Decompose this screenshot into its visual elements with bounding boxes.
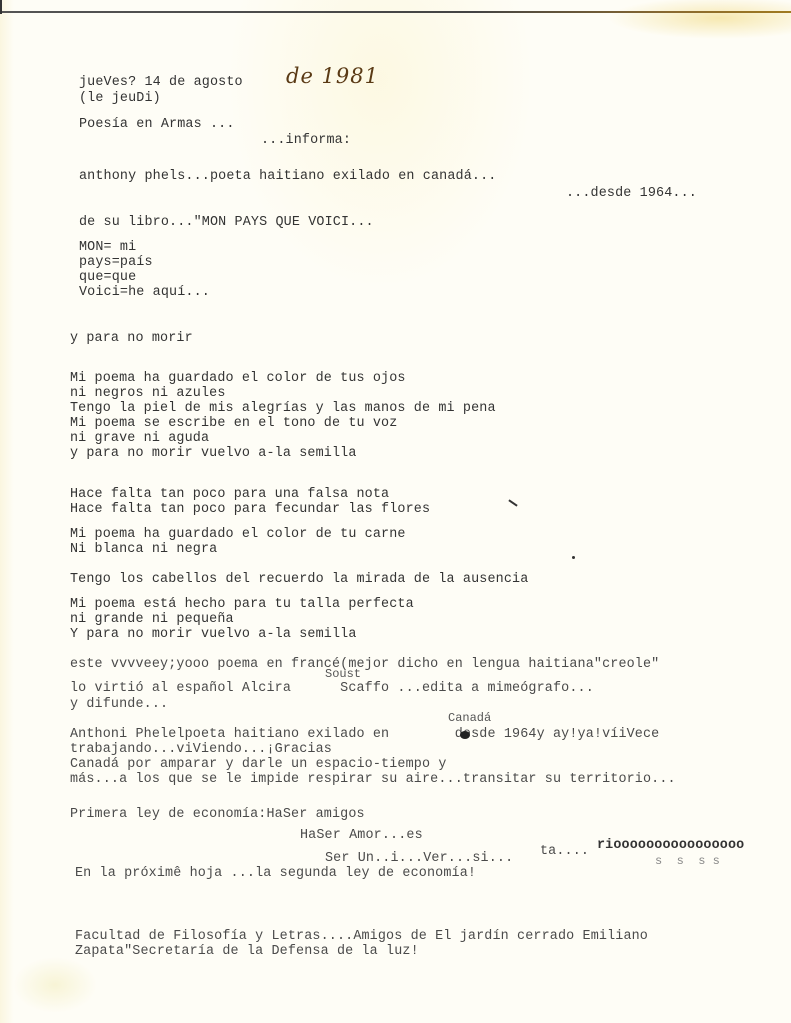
poem-line: ni grave ni aguda: [70, 431, 209, 446]
glossary-3: Voici=he aquí...: [79, 285, 210, 300]
poem-line: Mi poema se escribe en el tono de tu voz: [70, 416, 397, 431]
book-line: de su libro..."MON PAYS QUE VOICI...: [79, 215, 374, 230]
poem-line: ni negros ni azules: [70, 386, 226, 401]
page-top-edge: [0, 11, 791, 13]
haser-amor: HaSer Amor...es: [300, 828, 423, 843]
date-line: jueVes? 14 de agosto: [79, 75, 243, 90]
ink-speck: [572, 556, 575, 559]
first-law: Primera ley de economía:HaSer amigos: [70, 807, 365, 822]
author-line: anthony phels...poeta haitiano exilado e…: [79, 169, 496, 184]
subtitle: (le jeuDi): [79, 91, 161, 106]
poem-line: y para no morir vuelvo a-la semilla: [70, 446, 357, 461]
poem-line: Tengo los cabellos del recuerdo la mirad…: [70, 572, 528, 587]
sender: Poesía en Armas ...: [79, 117, 235, 132]
poem-line: ni grande ni pequeña: [70, 612, 234, 627]
rio-text: rioooooooooooooooo: [597, 838, 744, 853]
mas-line: más...a los que se le impide respirar su…: [70, 772, 676, 787]
handwritten-year: de 1981: [286, 64, 379, 88]
footer-line-2: Zapata"Secretaría de la Defensa de la lu…: [75, 944, 419, 959]
glossary-1: pays=país: [79, 255, 153, 270]
poem-line: Hace falta tan poco para fecundar las fl…: [70, 502, 430, 517]
informa: ...informa:: [261, 133, 351, 148]
page-left-edge: [0, 0, 2, 14]
poem-line: Hace falta tan poco para una falsa nota: [70, 487, 389, 502]
trabajando-line: trabajando...viViendo...¡Gracias: [70, 742, 332, 757]
poem-line: Tengo la piel de mis alegrías y las mano…: [70, 401, 496, 416]
canada-above: Canadá: [448, 711, 491, 725]
glossary-0: MON= mi: [79, 240, 136, 255]
difunde-line: y difunde...: [70, 697, 168, 712]
footer-line-1: Facultad de Filosofía y Letras....Amigos…: [75, 929, 648, 944]
next-page-line: En la próximê hoja ...la segunda ley de …: [75, 866, 476, 881]
since-line: ...desde 1964...: [566, 186, 697, 201]
canada-line: Canadá por amparar y darle un espacio-ti…: [70, 757, 447, 772]
overtyped-surname: Soust: [325, 667, 361, 681]
poem-line: Mi poema ha guardado el color de tus ojo…: [70, 371, 406, 386]
poem-line: Mi poema ha guardado el color de tu carn…: [70, 527, 406, 542]
poem-line: Ni blanca ni negra: [70, 542, 217, 557]
poem-line: Mi poema está hecho para tu talla perfec…: [70, 597, 414, 612]
ink-blot: [460, 731, 470, 739]
anthoni-line: Anthoni Phelelpoeta haitiano exilado en …: [70, 727, 659, 742]
translator-line: lo virtió al español Alcira Scaffo ...ed…: [70, 681, 594, 696]
translation-line: este vvvveey;yooo poema en francé(mejor …: [70, 657, 659, 672]
poem-title: y para no morir: [70, 331, 193, 346]
ser-uni: Ser Un..i...Ver...si...: [325, 851, 513, 866]
poem-line: Y para no morir vuelvo a-la semilla: [70, 627, 357, 642]
glossary-2: que=que: [79, 270, 136, 285]
s-marks: s s s s: [655, 854, 720, 868]
ta-text: ta....: [540, 844, 589, 859]
